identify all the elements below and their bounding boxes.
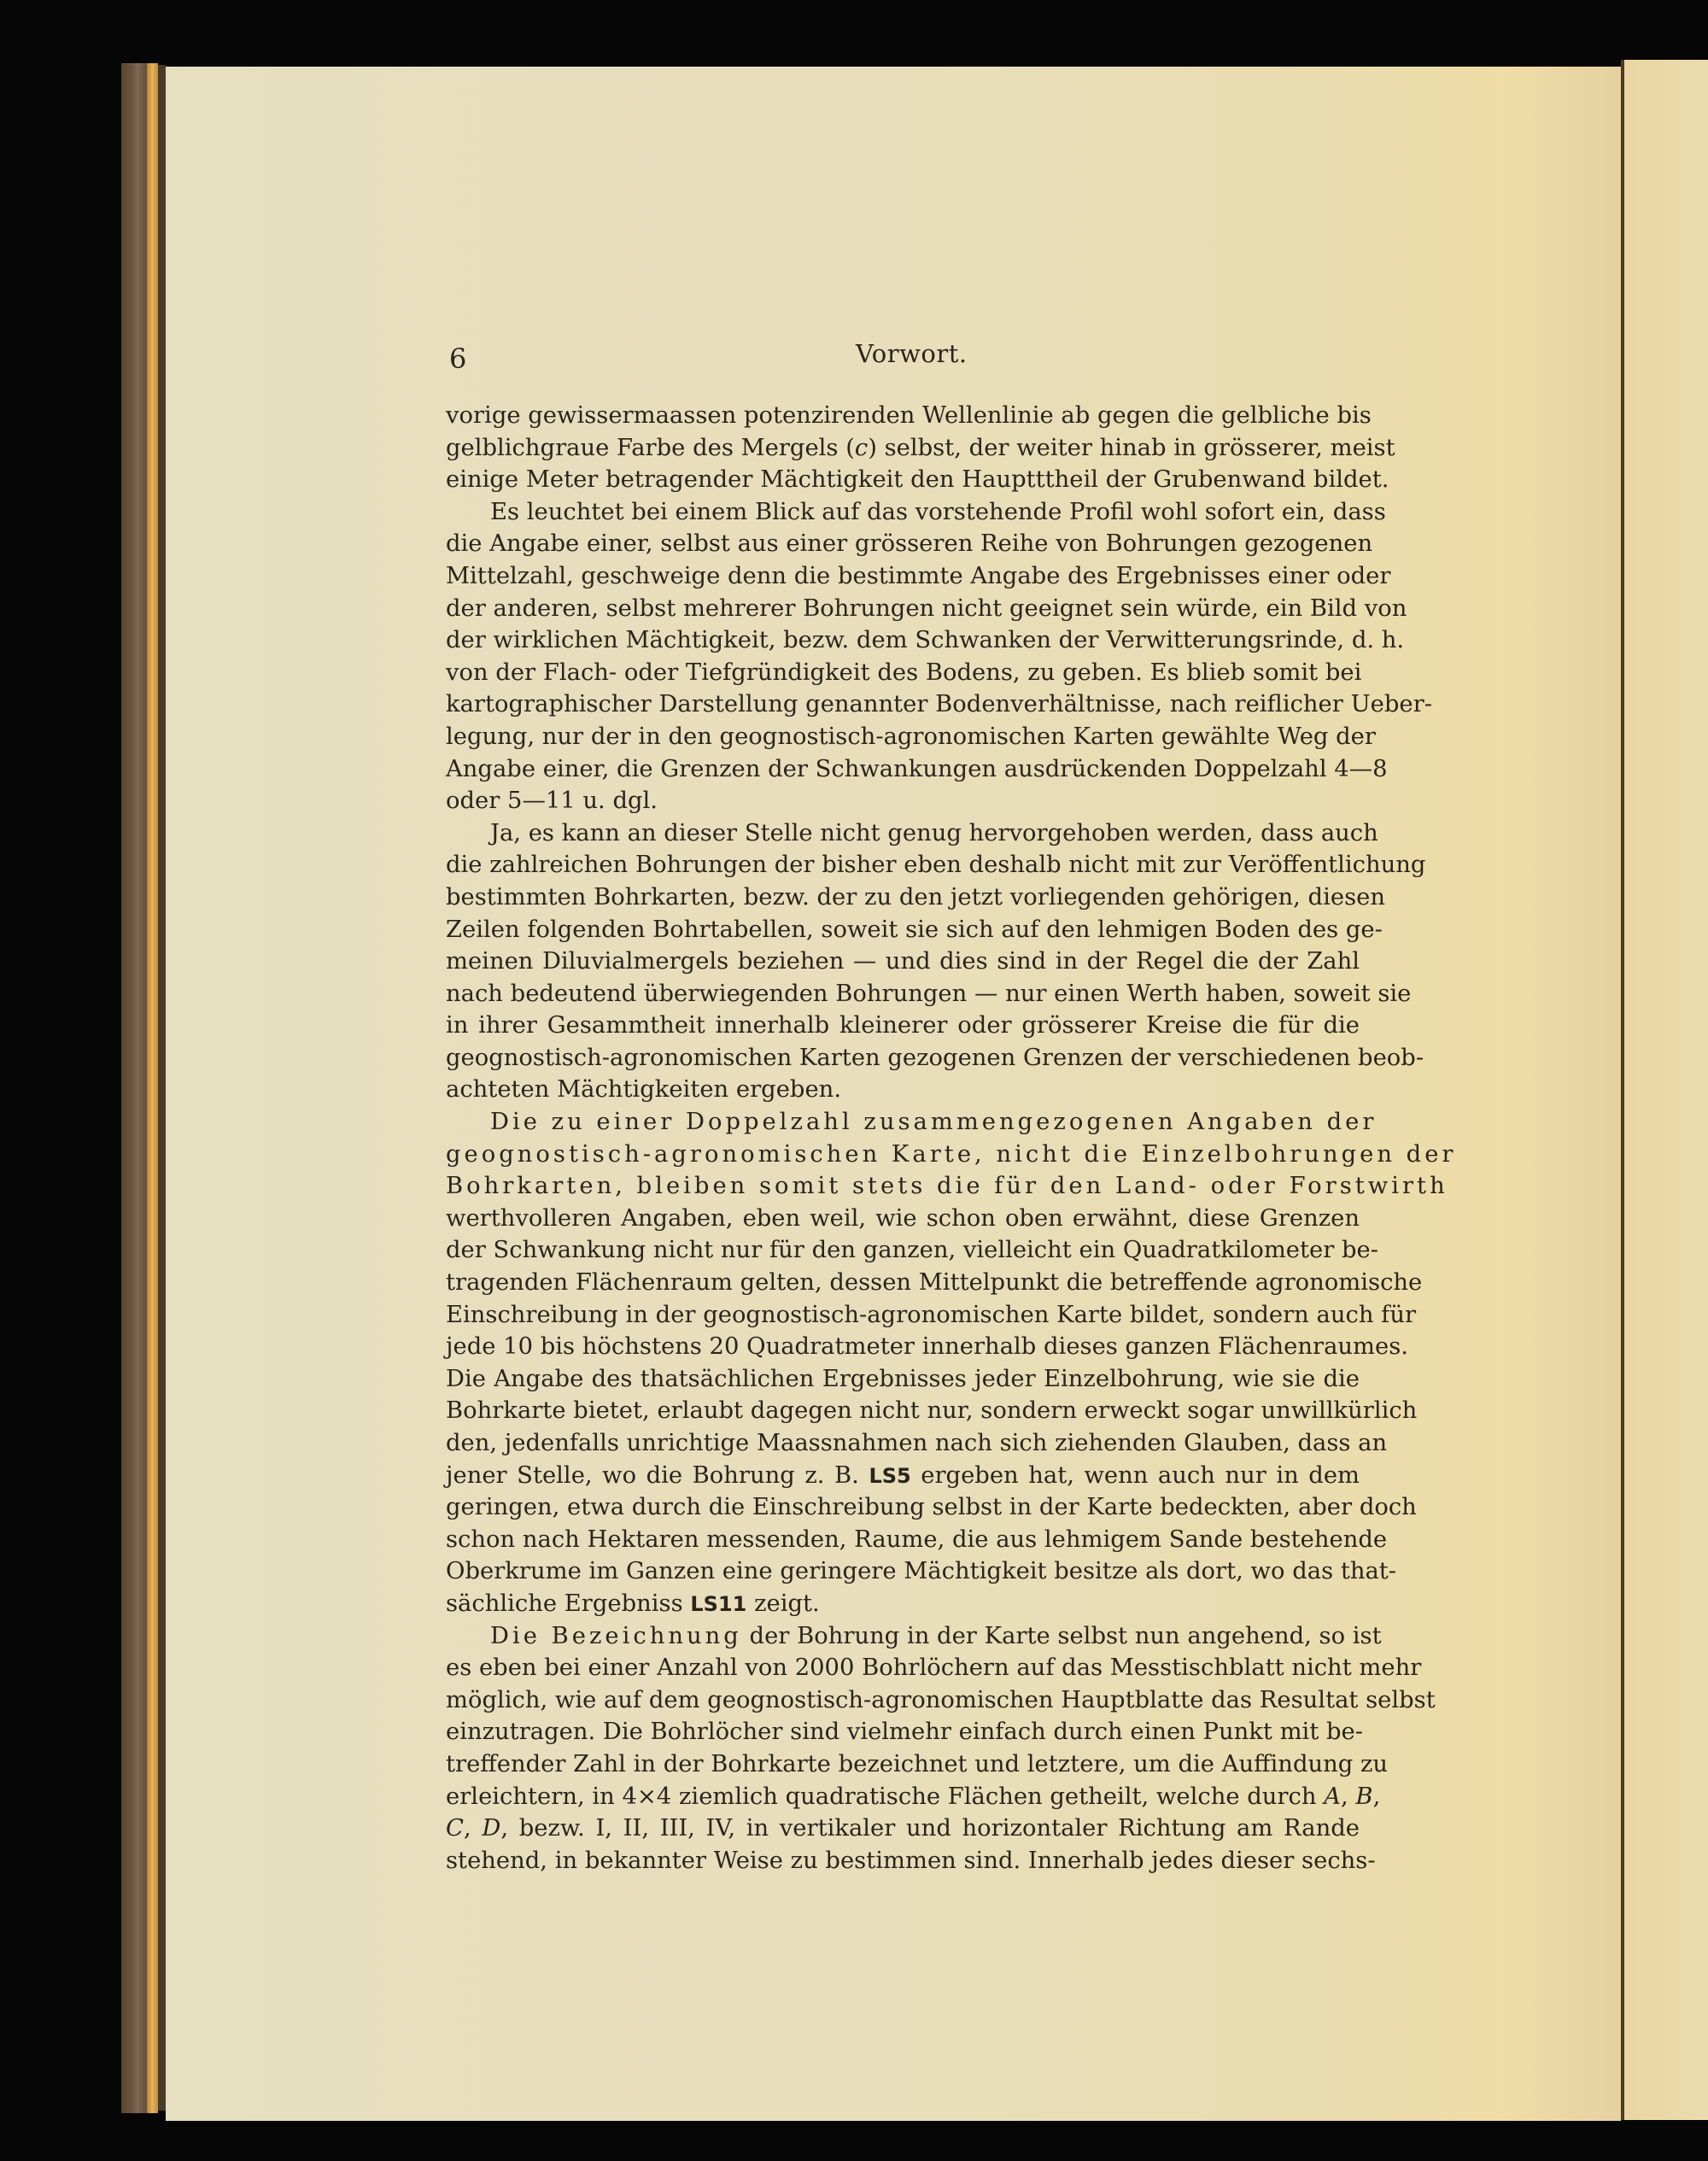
- text-line: achteten Mächtigkeiten ergeben.: [446, 1074, 1360, 1106]
- text-line: vorige gewissermaassen potenzirenden Wel…: [446, 400, 1360, 432]
- text-line: kartographischer Darstellung genannter B…: [446, 688, 1360, 721]
- italic-letter: C: [446, 1815, 464, 1842]
- text-fragment: ,: [464, 1815, 482, 1842]
- text-line: einzutragen. Die Bohrlöcher sind vielmeh…: [446, 1716, 1360, 1748]
- text-line: geringen, etwa durch die Einschreibung s…: [446, 1491, 1360, 1524]
- text-line-spaced: geognostisch-agronomischen Karte, nicht …: [446, 1139, 1360, 1171]
- soil-code-ls11: LS11: [690, 1592, 746, 1616]
- text-line: einige Meter betragender Mächtigkeit den…: [446, 464, 1360, 496]
- text-fragment: ,: [1373, 1783, 1381, 1810]
- text-line: oder 5—11 u. dgl.: [446, 785, 1360, 817]
- text-line-spaced: Bohrkarten, bleiben somit stets die für …: [446, 1170, 1360, 1203]
- text-line: der wirklichen Mächtigkeit, bezw. dem Sc…: [446, 624, 1360, 657]
- text-fragment: erleichtern, in 4×4 ziemlich quadratisch…: [446, 1783, 1324, 1810]
- soil-code-ls5: LS5: [869, 1464, 910, 1488]
- text-line: erleichtern, in 4×4 ziemlich quadratisch…: [446, 1781, 1360, 1813]
- text-line: werthvolleren Angaben, eben weil, wie sc…: [446, 1203, 1360, 1235]
- text-line: meinen Diluvialmergels beziehen — und di…: [446, 946, 1360, 978]
- text-fragment: sächliche Ergebniss: [446, 1590, 690, 1617]
- text-line: in ihrer Gesammtheit innerhalb kleinerer…: [446, 1010, 1360, 1042]
- text-line: Zeilen folgenden Bohrtabellen, soweit si…: [446, 914, 1360, 946]
- text-line: bestimmten Bohrkarten, bezw. der zu den …: [446, 881, 1360, 914]
- spaced-term: Die Bezeichnung: [490, 1623, 742, 1649]
- adjacent-page-edge: [1624, 60, 1708, 2120]
- page-number: 6: [449, 342, 466, 376]
- text-fragment: ,: [1341, 1783, 1355, 1810]
- body-text: vorige gewissermaassen potenzirenden Wel…: [446, 400, 1360, 1877]
- text-line: geognostisch-agronomischen Karten gezoge…: [446, 1042, 1360, 1075]
- text-line: Angabe einer, die Grenzen der Schwankung…: [446, 753, 1360, 786]
- text-line: die Angabe einer, selbst aus einer gröss…: [446, 528, 1360, 560]
- text-line: stehend, in bekannter Weise zu bestimmen…: [446, 1845, 1360, 1877]
- text-line: Die Angabe des thatsächlichen Ergebnisse…: [446, 1363, 1360, 1396]
- text-line: tragenden Flächenraum gelten, dessen Mit…: [446, 1267, 1360, 1299]
- paragraph: Es leuchtet bei einem Blick auf das vors…: [446, 496, 1360, 817]
- text-fragment: ) selbst, der weiter hinab in grösserer,…: [868, 435, 1395, 461]
- text-fragment: zeigt.: [746, 1590, 819, 1617]
- text-line: nach bedeutend überwiegenden Bohrungen —…: [446, 978, 1360, 1010]
- paragraph: Die Bezeichnung der Bohrung in der Karte…: [446, 1620, 1360, 1877]
- page-text-block: 6 Vorwort. vorige gewissermaassen potenz…: [446, 335, 1360, 1877]
- binding-shadow: [158, 65, 166, 2111]
- text-line: Ja, es kann an dieser Stelle nicht genug…: [446, 817, 1360, 850]
- text-line: von der Flach- oder Tiefgründigkeit des …: [446, 657, 1360, 689]
- text-line: Mittelzahl, geschweige denn die bestimmt…: [446, 560, 1360, 593]
- paragraph: Die zu einer Doppelzahl zusammengezogene…: [446, 1106, 1360, 1620]
- text-line: C, D, bezw. I, II, III, IV, in vertikale…: [446, 1813, 1360, 1845]
- text-line: sächliche Ergebniss LS11 zeigt.: [446, 1588, 1360, 1620]
- running-head: 6 Vorwort.: [446, 335, 1360, 386]
- text-line: Einschreibung in der geognostisch-agrono…: [446, 1299, 1360, 1332]
- text-line: den, jedenfalls unrichtige Maassnahmen n…: [446, 1427, 1360, 1460]
- text-line: es eben bei einer Anzahl von 2000 Bohrlö…: [446, 1652, 1360, 1684]
- text-line: jede 10 bis höchstens 20 Quadratmeter in…: [446, 1331, 1360, 1363]
- text-line: schon nach Hektaren messenden, Raume, di…: [446, 1524, 1360, 1556]
- text-line: legung, nur der in den geognostisch-agro…: [446, 721, 1360, 753]
- text-fragment: jener Stelle, wo die Bohrung z. B.: [446, 1462, 869, 1489]
- text-line: jener Stelle, wo die Bohrung z. B. LS5 e…: [446, 1460, 1360, 1492]
- book-cover-edge: [121, 63, 149, 2113]
- paragraph: vorige gewissermaassen potenzirenden Wel…: [446, 400, 1360, 496]
- text-fragment: , bezw. I, II, III, IV, in vertikaler un…: [500, 1815, 1360, 1842]
- text-line: Bohrkarte bietet, erlaubt dagegen nicht …: [446, 1395, 1360, 1427]
- text-line: der Schwankung nicht nur für den ganzen,…: [446, 1234, 1360, 1267]
- running-head-title: Vorwort.: [856, 337, 968, 371]
- text-fragment: der Bohrung in der Karte selbst nun ange…: [742, 1623, 1382, 1649]
- text-line: die zahlreichen Bohrungen der bisher ebe…: [446, 849, 1360, 881]
- italic-letter: B: [1355, 1783, 1372, 1810]
- text-line: treffender Zahl in der Bohrkarte bezeich…: [446, 1748, 1360, 1781]
- italic-letter: D: [482, 1815, 500, 1842]
- text-line: möglich, wie auf dem geognostisch-agrono…: [446, 1684, 1360, 1717]
- text-fragment: ergeben hat, wenn auch nur in dem: [911, 1462, 1360, 1489]
- text-line: gelblichgraue Farbe des Mergels (c) selb…: [446, 432, 1360, 465]
- italic-letter: A: [1324, 1783, 1341, 1810]
- text-line: Oberkrume im Ganzen eine geringere Mächt…: [446, 1555, 1360, 1588]
- text-fragment: gelblichgraue Farbe des Mergels (: [446, 435, 855, 461]
- text-line: Die Bezeichnung der Bohrung in der Karte…: [446, 1620, 1360, 1653]
- paragraph: Ja, es kann an dieser Stelle nicht genug…: [446, 817, 1360, 1106]
- gilt-edge-strip: [147, 63, 158, 2113]
- italic-letter: c: [855, 435, 868, 461]
- text-line: der anderen, selbst mehrerer Bohrungen n…: [446, 593, 1360, 625]
- text-line: Es leuchtet bei einem Blick auf das vors…: [446, 496, 1360, 529]
- text-line-spaced: Die zu einer Doppelzahl zusammengezogene…: [446, 1106, 1360, 1139]
